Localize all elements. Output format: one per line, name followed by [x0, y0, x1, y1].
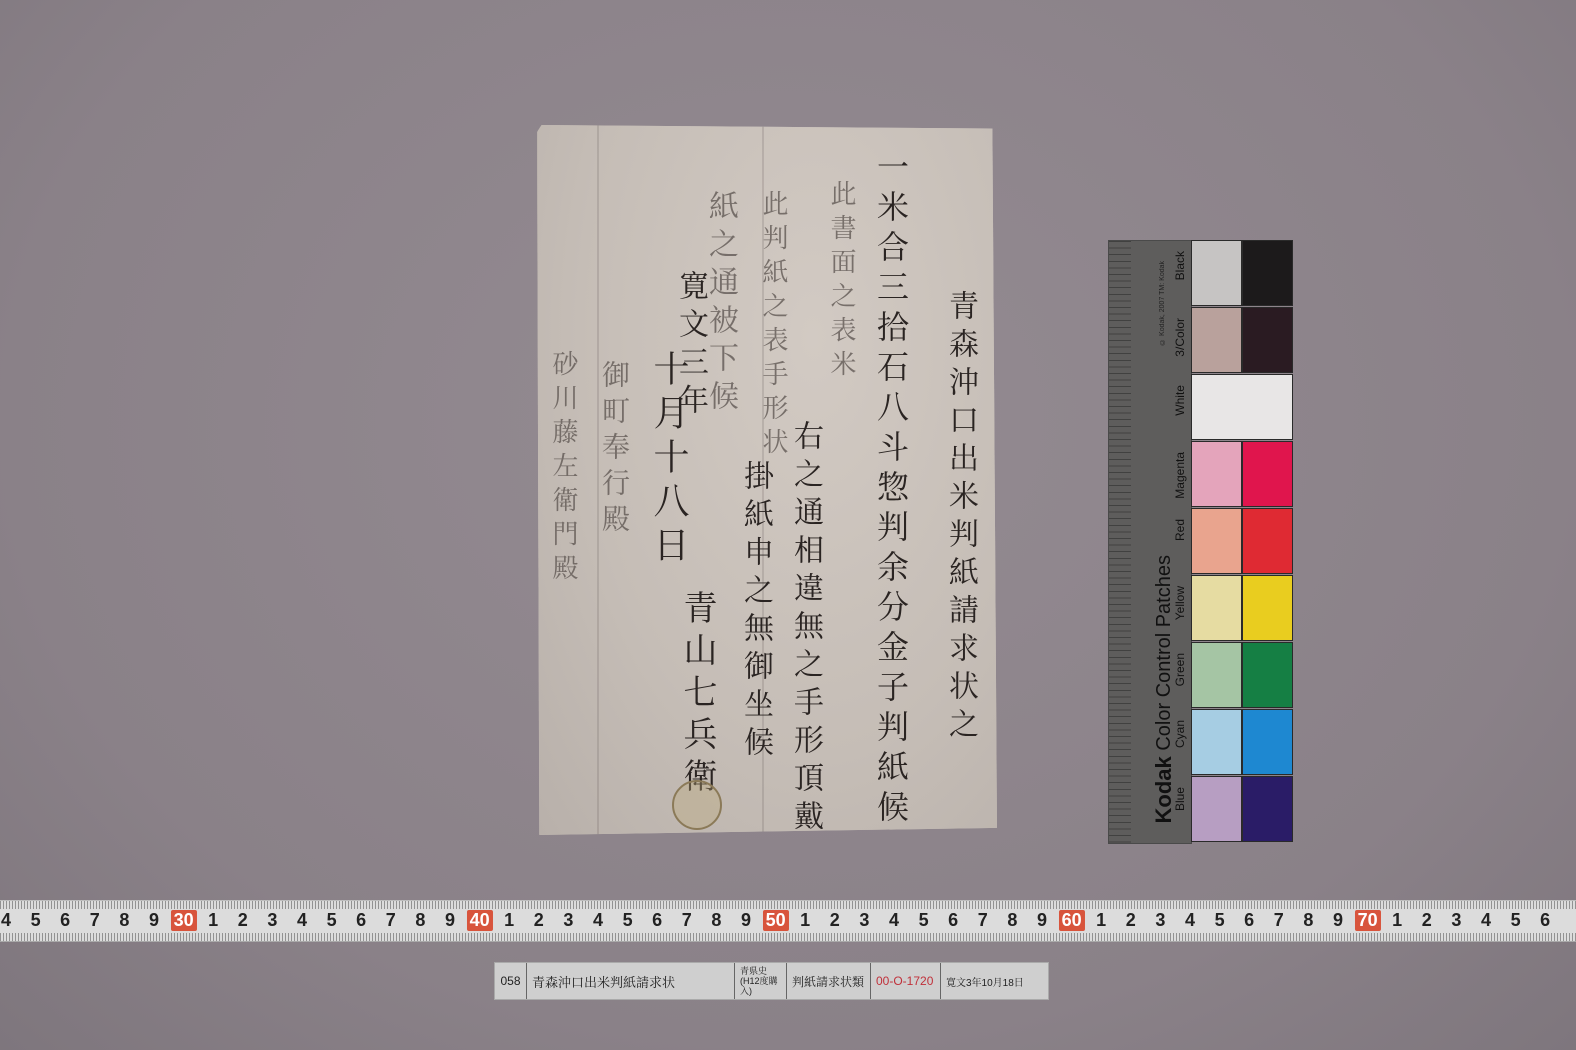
patch-label: 3/Color	[1173, 318, 1187, 357]
tape-number: 1	[800, 910, 810, 931]
color-patch-dark	[1242, 508, 1293, 574]
color-patch-light	[1191, 776, 1242, 842]
tape-number: 2	[1422, 910, 1432, 931]
text-column: 砂川藤左衛門殿	[550, 350, 576, 588]
tape-number: 9	[445, 910, 455, 931]
tape-number: 1	[208, 910, 218, 931]
tape-number: 3	[1155, 910, 1165, 931]
historical-document: 青森沖口出米判紙請求状之一米合三拾石八斗惣判余分金子判紙候此書面之表米右之通相違…	[537, 125, 997, 835]
label-number: 058	[495, 963, 527, 999]
patch-label: Yellow	[1173, 586, 1187, 620]
card-ruler: © Kodak, 2007 TM: Kodak Kodak Color Cont…	[1108, 240, 1192, 844]
text-column: 此書面之表米	[828, 180, 854, 384]
card-title-text: Color Control Patches	[1153, 555, 1175, 751]
tape-number: 4	[1185, 910, 1195, 931]
tape-number: 8	[711, 910, 721, 931]
tape-number: 9	[149, 910, 159, 931]
color-patch-dark	[1242, 642, 1293, 708]
patch-label: Cyan	[1173, 720, 1187, 748]
tape-number: 7	[682, 910, 692, 931]
label-title: 青森沖口出米判紙請求状	[527, 963, 735, 999]
color-patch-light	[1191, 709, 1242, 775]
tape-number: 5	[919, 910, 929, 931]
tape-number: 9	[741, 910, 751, 931]
seal-stamp	[672, 780, 722, 830]
tape-number: 1	[1392, 910, 1402, 931]
label-category: 判紙請求状類	[787, 963, 871, 999]
tape-number: 2	[238, 910, 248, 931]
color-patch-dark	[1242, 776, 1293, 842]
tape-number: 4	[1, 910, 11, 931]
tape-ticks	[0, 901, 1576, 909]
color-patch-light	[1191, 441, 1242, 507]
tape-number: 5	[1215, 910, 1225, 931]
tape-number: 4	[889, 910, 899, 931]
tape-number: 7	[978, 910, 988, 931]
tape-number: 5	[31, 910, 41, 931]
color-patch-dark	[1242, 307, 1293, 373]
patch-label: Green	[1173, 653, 1187, 686]
text-column: 御町奉行殿	[600, 360, 628, 540]
tape-number: 7	[386, 910, 396, 931]
tape-number: 60	[1059, 910, 1085, 931]
text-column: 青森沖口出米判紙請求状之	[945, 290, 975, 746]
color-patch-light	[1191, 240, 1242, 306]
kodak-color-card: © Kodak, 2007 TM: Kodak Kodak Color Cont…	[1108, 240, 1292, 842]
tape-number: 3	[1451, 910, 1461, 931]
tape-number: 2	[1126, 910, 1136, 931]
tape-number: 5	[327, 910, 337, 931]
patch-label: Blue	[1173, 787, 1187, 811]
tape-number: 4	[593, 910, 603, 931]
tape-number: 8	[1303, 910, 1313, 931]
text-column: 右之通相違無之手形頂戴仕度	[790, 420, 820, 914]
tape-number: 4	[1481, 910, 1491, 931]
color-patch-dark	[1242, 441, 1293, 507]
tape-number: 8	[1007, 910, 1017, 931]
tape-number: 8	[119, 910, 129, 931]
tape-number: 1	[1096, 910, 1106, 931]
tape-ticks	[0, 933, 1576, 941]
tape-number: 4	[297, 910, 307, 931]
tape-number: 2	[534, 910, 544, 931]
tape-number: 6	[1540, 910, 1550, 931]
tape-number: 9	[1037, 910, 1047, 931]
tape-number: 9	[1333, 910, 1343, 931]
tape-number: 8	[415, 910, 425, 931]
tape-number: 5	[1511, 910, 1521, 931]
tape-number: 5	[623, 910, 633, 931]
tape-number: 6	[1244, 910, 1254, 931]
catalog-label: 058 青森沖口出米判紙請求状 青県史 (H12度購入) 判紙請求状類 00-O…	[494, 962, 1049, 1000]
patch-label: Black	[1173, 251, 1187, 280]
color-patch-dark	[1242, 575, 1293, 641]
tape-number: 50	[763, 910, 789, 931]
patch-label: White	[1173, 385, 1187, 416]
label-code: 00-O-1720	[871, 963, 941, 999]
tape-number: 30	[171, 910, 197, 931]
label-date: 寛文3年10月18日	[941, 963, 1048, 999]
color-patch-light	[1191, 374, 1293, 440]
color-patch-dark	[1242, 709, 1293, 775]
measuring-tape: 4567893012345678940123456789501234567896…	[0, 900, 1576, 942]
text-column: 掛紙申之無御坐候	[740, 460, 770, 764]
text-column: 十月十八日	[650, 350, 686, 570]
color-patch-light	[1191, 642, 1242, 708]
patch-label: Magenta	[1173, 452, 1187, 499]
text-column: 紙之通被下候	[705, 190, 735, 418]
color-patch-light	[1191, 307, 1242, 373]
text-column: 一米合三拾石八斗惣判余分金子判紙候	[875, 150, 907, 830]
color-patch-dark	[1242, 240, 1293, 306]
tape-number: 7	[1274, 910, 1284, 931]
tape-number: 2	[830, 910, 840, 931]
tape-number: 1	[504, 910, 514, 931]
copyright-text: © Kodak, 2007 TM: Kodak	[1159, 261, 1166, 345]
label-source: 青県史 (H12度購入)	[735, 963, 787, 999]
text-column: 此判紙之表手形状	[760, 190, 786, 462]
ruler-ticks	[1109, 241, 1131, 843]
tape-number: 6	[356, 910, 366, 931]
tape-number: 70	[1355, 910, 1381, 931]
color-patch-light	[1191, 575, 1242, 641]
tape-number: 3	[267, 910, 277, 931]
tape-number: 7	[90, 910, 100, 931]
tape-number: 6	[652, 910, 662, 931]
tape-number: 3	[859, 910, 869, 931]
color-patch-light	[1191, 508, 1242, 574]
tape-number: 40	[467, 910, 493, 931]
patch-label: Red	[1173, 519, 1187, 541]
text-column: 青山七兵衛	[680, 590, 714, 800]
tape-number: 6	[948, 910, 958, 931]
tape-number: 3	[563, 910, 573, 931]
tape-number: 6	[60, 910, 70, 931]
